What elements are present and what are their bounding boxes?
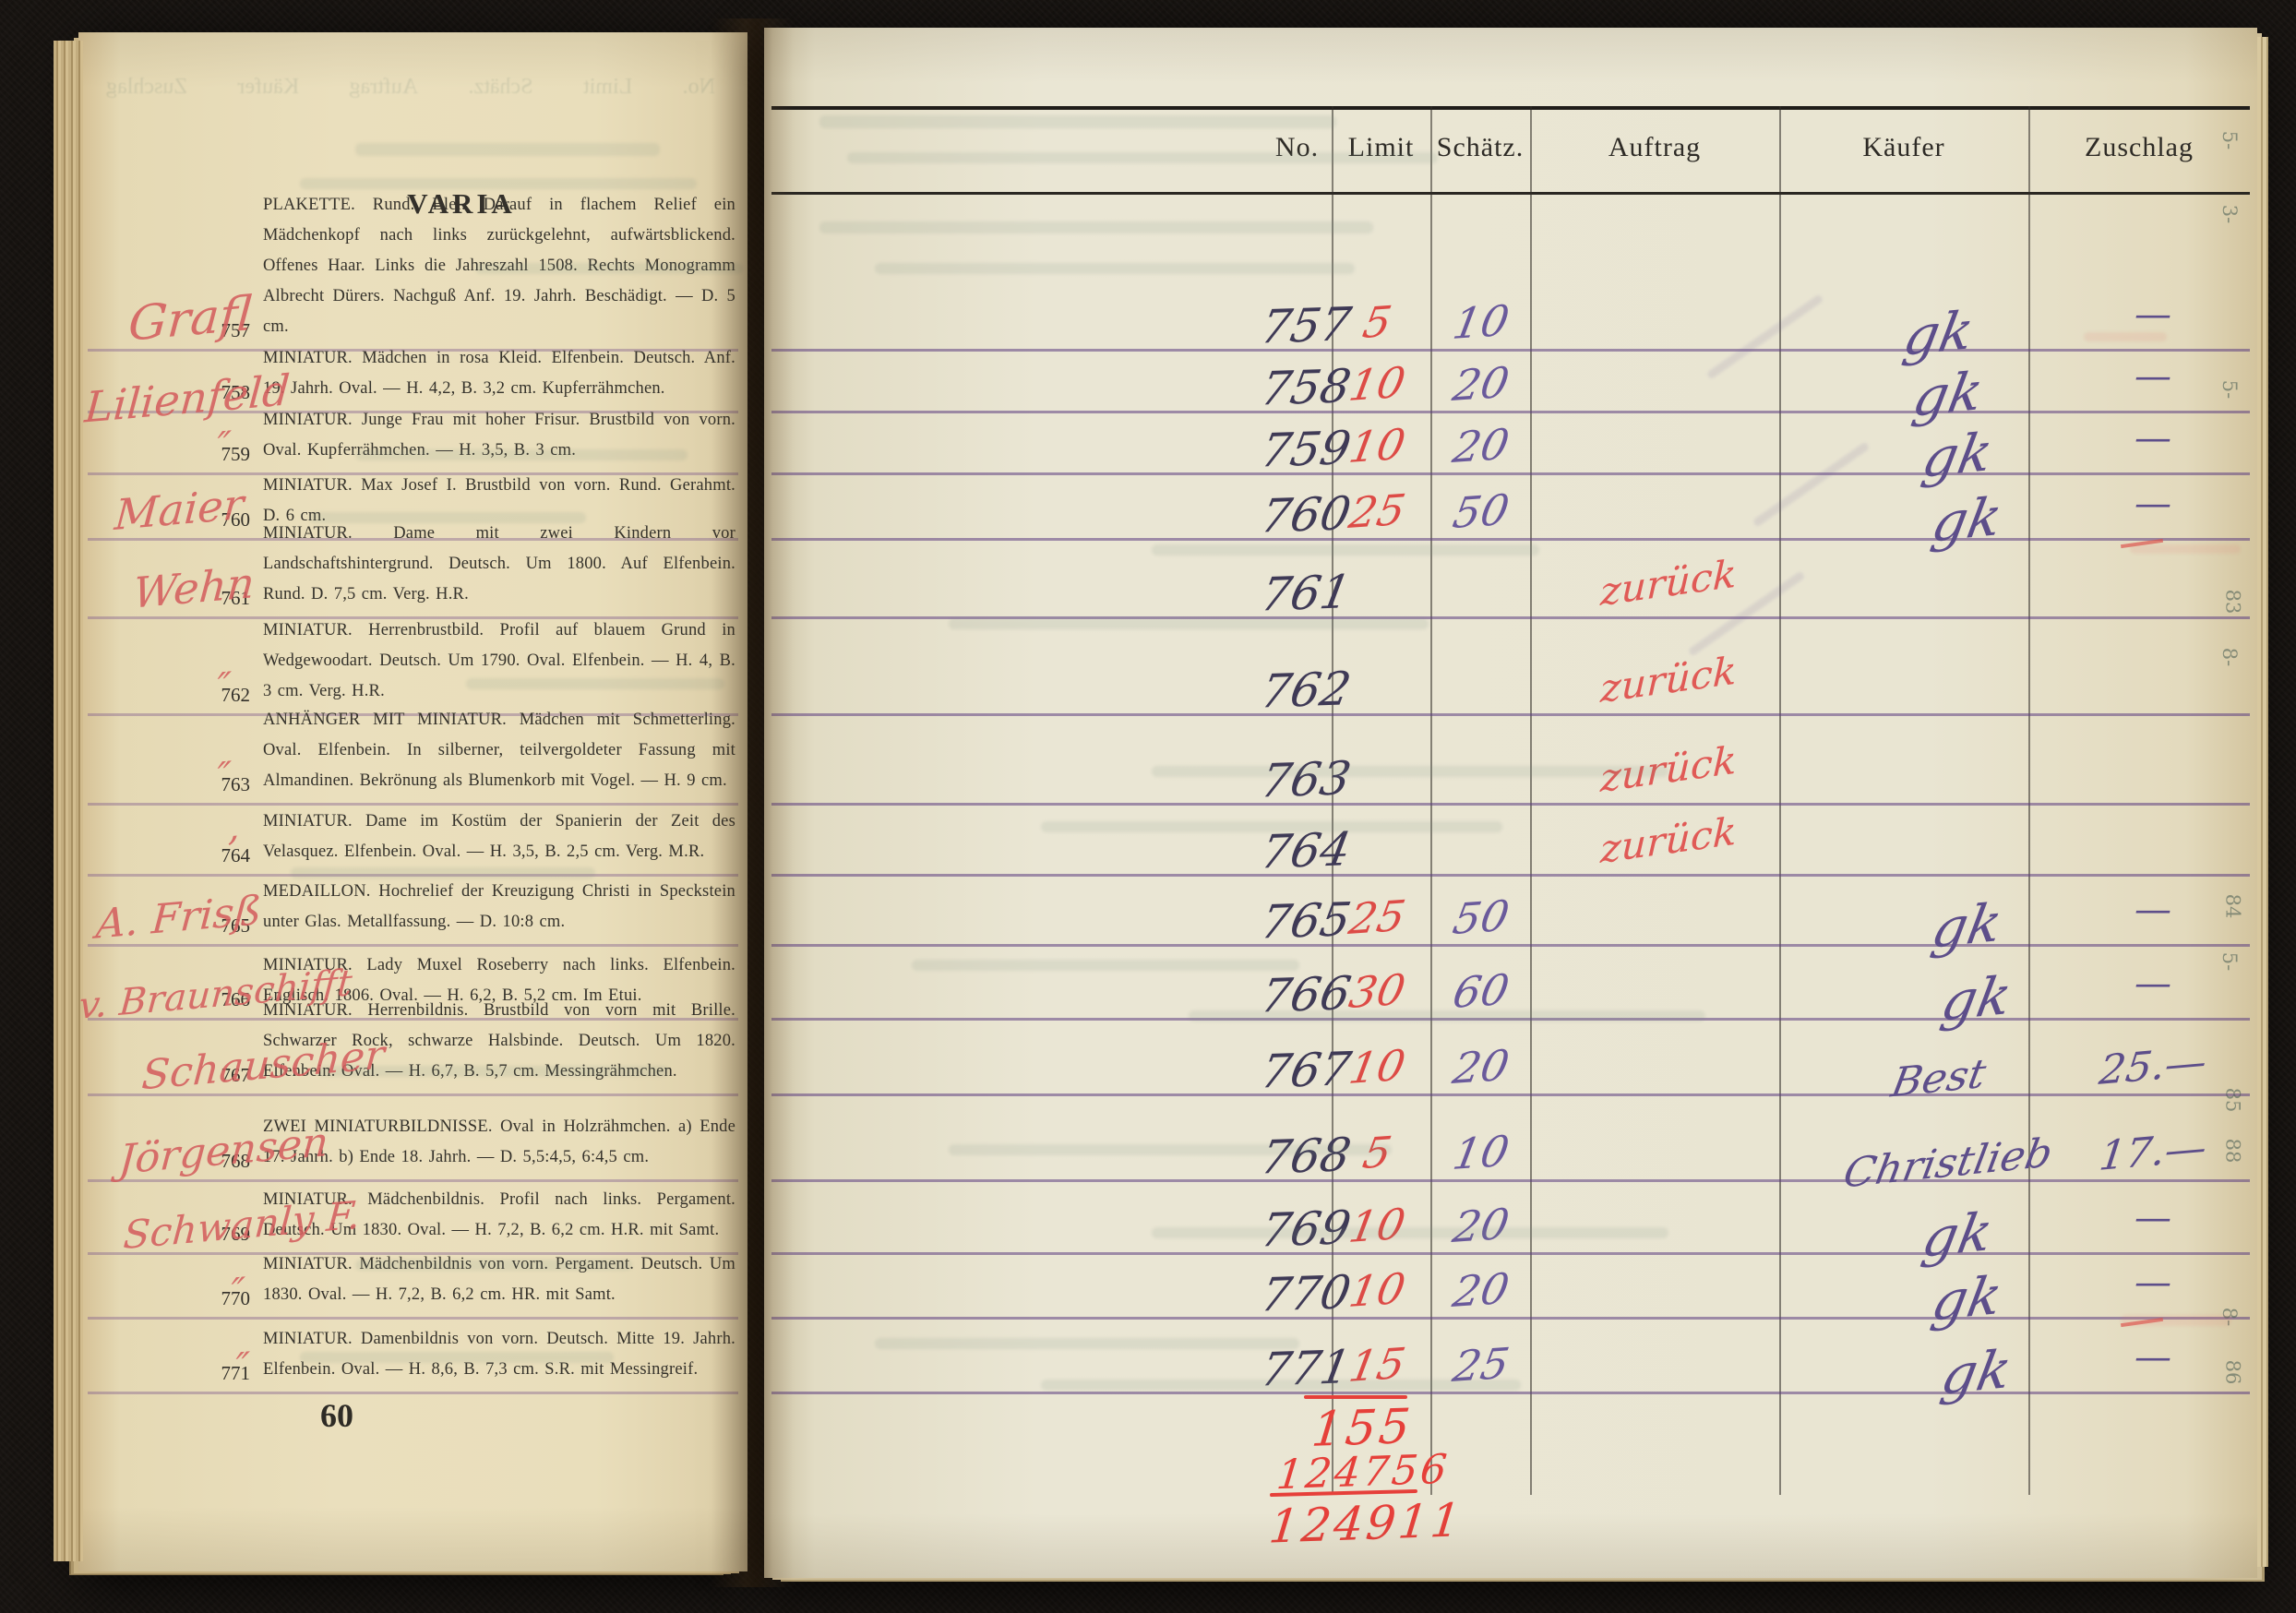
ledger-row: 757510gk—	[764, 194, 2257, 349]
cell-limit: 10	[1323, 1038, 1430, 1094]
column-header-limit: Limit	[1332, 132, 1430, 163]
cell-estimate: 50	[1425, 483, 1537, 540]
cell-limit: 5	[1323, 293, 1430, 350]
entry-text: MINIATUR. Herrenbrustbild. Profil auf bl…	[263, 615, 735, 707]
column-header-hammer: Zuschlag	[2028, 132, 2250, 163]
catalog-entry: 761MINIATUR. Dame mit zwei Kindern vor L…	[184, 538, 737, 616]
ledger-row: 7711525gk—	[764, 1317, 2257, 1392]
catalog-entry: 764MINIATUR. Dame im Kostüm der Spanieri…	[184, 803, 737, 874]
ghost-col-label: Limit	[583, 75, 632, 100]
cell-limit: 15	[1323, 1336, 1430, 1392]
column-header-estimate: Schätz.	[1430, 132, 1530, 163]
ledger-row: 7591020gk—	[764, 411, 2257, 472]
cell-lot-number: 761	[1246, 565, 1365, 622]
entry-text: ANHÄNGER MIT MINIATUR. Mädchen mit Schme…	[263, 705, 735, 796]
edge-bleed-number: 5-	[2218, 380, 2241, 399]
page-number: 60	[320, 1396, 353, 1435]
edge-bleed-number: 84	[2221, 894, 2243, 919]
cell-estimate: 20	[1425, 355, 1537, 412]
ghost-col-label: Auftrag	[349, 75, 418, 100]
entry-text: MINIATUR. Mädchen in rosa Kleid. Elfenbe…	[263, 343, 735, 404]
ghost-col-label: Schätz.	[469, 75, 533, 100]
cell-limit: 25	[1323, 483, 1430, 539]
entry-text: MINIATUR. Junge Frau mit hoher Frisur. B…	[263, 405, 735, 466]
catalog-entry: 757PLAKETTE. Rund. Blei. Darauf in flach…	[184, 194, 737, 349]
ledger-row: 762zurück	[764, 616, 2257, 713]
cell-estimate: 25	[1425, 1336, 1537, 1393]
edge-bleed-number: 8-	[2218, 1308, 2241, 1326]
ledger-row: 7701020gk—	[764, 1252, 2257, 1317]
edge-bleed-number: 85	[2221, 1088, 2243, 1113]
entry-text: PLAKETTE. Rund. Blei. Darauf in flachem …	[263, 190, 735, 342]
cell-limit: 5	[1323, 1124, 1430, 1180]
catalog-entry: 771MINIATUR. Damenbildnis von vorn. Deut…	[184, 1317, 737, 1392]
cell-hammer-price: —	[2042, 1197, 2264, 1239]
cell-hammer-price: —	[2042, 417, 2264, 460]
ledger-row: 761zurück	[764, 538, 2257, 616]
cell-estimate: 10	[1425, 293, 1537, 351]
cell-order: zurück	[1541, 800, 1796, 879]
totals-overline	[1304, 1395, 1407, 1399]
column-header-no: No.	[1262, 132, 1332, 163]
edge-bleed-number: 8-	[2218, 648, 2241, 666]
grand-total: 124911	[1266, 1493, 1465, 1553]
cell-limit: 25	[1323, 889, 1430, 945]
ruled-line	[88, 1392, 738, 1394]
ledger-row: 763zurück	[764, 713, 2257, 803]
margin-name: Grafl	[126, 286, 254, 352]
cell-lot-number: 762	[1246, 662, 1365, 719]
cell-order: zurück	[1541, 543, 1796, 622]
catalog-entry: 765MEDAILLON. Hochrelief der Kreuzigung …	[184, 874, 737, 944]
catalog-entry: 759MINIATUR. Junge Frau mit hoher Frisur…	[184, 411, 737, 472]
entry-text: MINIATUR. Dame mit zwei Kindern vor Land…	[263, 519, 735, 610]
entry-text: MEDAILLON. Hochrelief der Kreuzigung Chr…	[263, 877, 735, 938]
ghost-col-label: Zuschlag	[106, 75, 187, 100]
cell-limit: 10	[1323, 1261, 1430, 1318]
catalog-entry: 762MINIATUR. Herrenbrustbild. Profil auf…	[184, 616, 737, 713]
bleedthrough-smudge	[819, 115, 1336, 128]
cell-order: zurück	[1541, 729, 1796, 808]
cell-limit: 10	[1323, 1197, 1430, 1253]
cell-limit: 30	[1323, 962, 1430, 1019]
column-header-order: Auftrag	[1530, 132, 1779, 163]
ghost-col-label: Käufer	[237, 75, 299, 100]
ledger-row: 764zurück	[764, 803, 2257, 874]
edge-bleed-number: 88	[2221, 1139, 2243, 1164]
entry-number: 770	[184, 1287, 263, 1310]
edge-bleed-number: 86	[2221, 1360, 2243, 1385]
cell-limit: 10	[1323, 417, 1430, 473]
cell-estimate: 20	[1425, 417, 1537, 474]
entry-text: MINIATUR. Dame im Kostüm der Spanierin d…	[263, 806, 735, 867]
edge-bleed-number: 3-	[2218, 205, 2241, 223]
cell-estimate: 10	[1425, 1124, 1537, 1181]
entry-text: MINIATUR. Damenbildnis von vorn. Deutsch…	[263, 1324, 735, 1385]
cell-estimate: 20	[1425, 1261, 1537, 1319]
column-header-buyer: Käufer	[1779, 132, 2028, 163]
cell-limit: 10	[1323, 355, 1430, 412]
cell-hammer-price: —	[2042, 1261, 2264, 1304]
edge-bleed-number: 5-	[2218, 131, 2241, 149]
catalog-page: No. Limit Schätz. Auftrag Käufer Zuschla…	[78, 32, 747, 1571]
entry-number: 764	[184, 844, 263, 867]
ledger-row: 7663060gk—	[764, 944, 2257, 1018]
page-edge-stack-right	[2257, 37, 2268, 1567]
edge-bleed-number: 83	[2221, 590, 2243, 615]
cell-lot-number: 763	[1246, 751, 1365, 808]
ledger-row: 7652550gk—	[764, 874, 2257, 944]
catalog-entry: 763ANHÄNGER MIT MINIATUR. Mädchen mit Sc…	[184, 713, 737, 803]
ledger-row: 7602550gk—	[764, 472, 2257, 538]
cell-lot-number: 764	[1246, 822, 1365, 879]
entry-text: ZWEI MINIATURBILDNISSE. Oval in Holzrähm…	[263, 1112, 735, 1173]
ledger-row: 7671020Best25.—	[764, 1018, 2257, 1093]
ledger-row: 768510Christlieb17.—	[764, 1093, 2257, 1179]
cell-estimate: 50	[1425, 889, 1537, 946]
entry-text: MINIATUR. Mädchenbildnis von vorn. Perga…	[263, 1249, 735, 1310]
cell-estimate: 20	[1425, 1197, 1537, 1254]
bleedthrough-smudge	[355, 143, 660, 156]
page-edge-stack-left	[54, 41, 83, 1561]
cell-order: zurück	[1541, 639, 1796, 719]
catalog-entry: 770MINIATUR. Mädchenbildnis von vorn. Pe…	[184, 1252, 737, 1317]
cell-hammer-price: —	[2042, 293, 2264, 336]
entry-number: 771	[184, 1362, 263, 1385]
ledger-row: 7581020gk—	[764, 349, 2257, 411]
ledger-row: 7691020gk—	[764, 1179, 2257, 1252]
bleedthrough-header: No. Limit Schätz. Auftrag Käufer Zuschla…	[106, 75, 715, 100]
edge-bleed-number: 5-	[2218, 952, 2241, 971]
cell-hammer-price: —	[2042, 483, 2264, 525]
cell-estimate: 20	[1425, 1038, 1537, 1095]
cell-estimate: 60	[1425, 962, 1537, 1020]
ledger-page: No. Limit Schätz. Auftrag Käufer Zuschla…	[764, 28, 2257, 1578]
ghost-col-label: No.	[683, 75, 715, 100]
